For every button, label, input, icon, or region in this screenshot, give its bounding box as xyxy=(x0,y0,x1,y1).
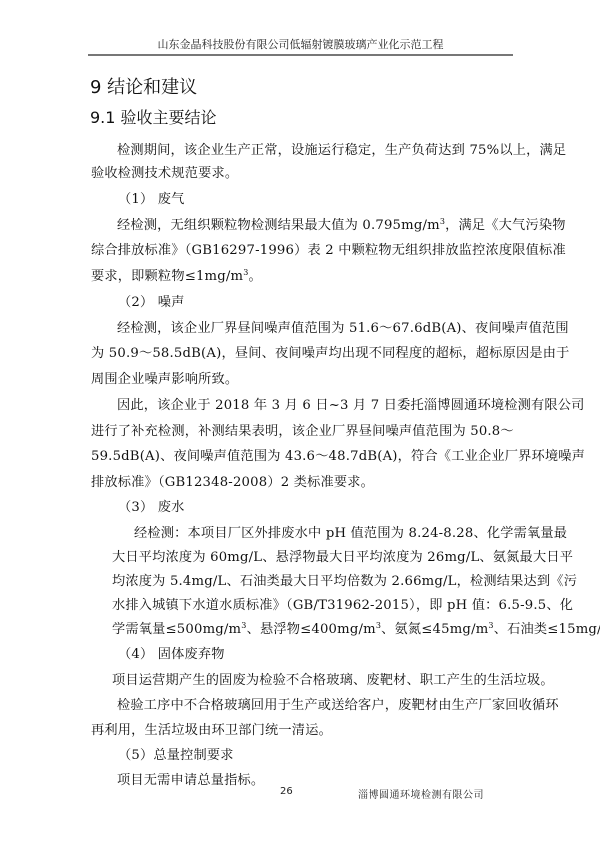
text-run: 。 xyxy=(249,269,262,284)
section-heading: 9.1 验收主要结论 xyxy=(90,108,217,128)
text-run: 、氨氮≤45mg/m xyxy=(381,622,488,637)
text-run: 、悬浮物≤400mg/m xyxy=(247,622,376,637)
text-run: 、石油类≤15mg/m xyxy=(494,622,600,637)
paragraph-line: 检测期间，该企业生产正常，设施运行稳定，生产负荷达到 75%以上，满足 xyxy=(117,143,566,159)
text-run: 学需氧量≤500mg/m xyxy=(112,622,241,637)
paragraph-line: 进行了补充检测，补测结果表明，该企业厂界昼间噪声值范围为 50.8～ xyxy=(91,424,514,440)
paragraph-line: 要求，即颗粒物≤1mg/m3。 xyxy=(91,269,262,285)
header-divider xyxy=(88,54,513,56)
paragraph-line: 再利用，生活垃圾由环卫部门统一清运。 xyxy=(91,723,332,739)
paragraph-line: 验收检测技术规范要求。 xyxy=(91,166,238,182)
paragraph-line: 因此，该企业于 2018 年 3 月 6 日~3 月 7 日委托淄博圆通环境检测… xyxy=(117,398,585,414)
subsection-label: （4） 固体废弃物 xyxy=(118,647,225,663)
text-run: 经检测，无组织颗粒物检测结果最大值为 0.795mg/m xyxy=(117,218,440,233)
subsection-label: （1） 废气 xyxy=(118,192,185,208)
paragraph-line: 为 50.9～58.5dB(A)，昼间、夜间噪声均出现不同程度的超标，超标原因是… xyxy=(91,346,570,362)
paragraph-line: 经检测，无组织颗粒物检测结果最大值为 0.795mg/m3，满足《大气污染物 xyxy=(117,218,566,234)
paragraph-line: 水排入城镇下水道水质标准》（GB/T31962-2015），即 pH 值：6.5… xyxy=(112,598,573,614)
text-run: ，满足《大气污染物 xyxy=(445,218,566,233)
footer-company: 淄博圆通环境检测有限公司 xyxy=(358,786,484,801)
paragraph-line: 项目无需申请总量指标。 xyxy=(117,773,264,789)
paragraph-line: 59.5dB(A)、夜间噪声值范围为 43.6～48.7dB(A)，符合《工业企… xyxy=(91,449,585,465)
paragraph-line: 周围企业噪声影响所致。 xyxy=(91,372,238,388)
paragraph-line: 经检测，该企业厂界昼间噪声值范围为 51.6～67.6dB(A)、夜间噪声值范围 xyxy=(117,321,569,337)
subsection-label: （3） 废水 xyxy=(118,500,185,516)
paragraph-line: 检验工序中不合格玻璃回用于生产或送给客户，废靶材由生产厂家回收循环 xyxy=(117,698,559,714)
paragraph-line: 均浓度为 5.4mg/L、石油类最大日平均倍数为 2.66mg/L，检测结果达到… xyxy=(112,574,577,590)
subsection-label: （2） 噪声 xyxy=(118,295,185,311)
page-number: 26 xyxy=(280,786,293,797)
paragraph-line: 学需氧量≤500mg/m3、悬浮物≤400mg/m3、氨氮≤45mg/m3、石油… xyxy=(112,622,600,638)
paragraph-line: 大日平均浓度为 60mg/L、悬浮物最大日平均浓度为 26mg/L、氨氮最大日平 xyxy=(112,550,573,566)
subsection-label: （5）总量控制要求 xyxy=(118,748,234,764)
text-run: 要求，即颗粒物≤1mg/m xyxy=(91,269,243,284)
chapter-heading: 9 结论和建议 xyxy=(90,77,197,99)
paragraph-line: 经检测：本项目厂区外排废水中 pH 值范围为 8.24-8.28、化学需氧量最 xyxy=(134,526,567,542)
paragraph-line: 排放标准》（GB12348-2008）2 类标准要求。 xyxy=(91,475,374,491)
paragraph-line: 项目运营期产生的固废为检验不合格玻璃、废靶材、职工产生的生活垃圾。 xyxy=(112,673,554,689)
paragraph-line: 综合排放标准》（GB16297-1996）表 2 中颗粒物无组织排放监控浓度限值… xyxy=(91,243,566,259)
